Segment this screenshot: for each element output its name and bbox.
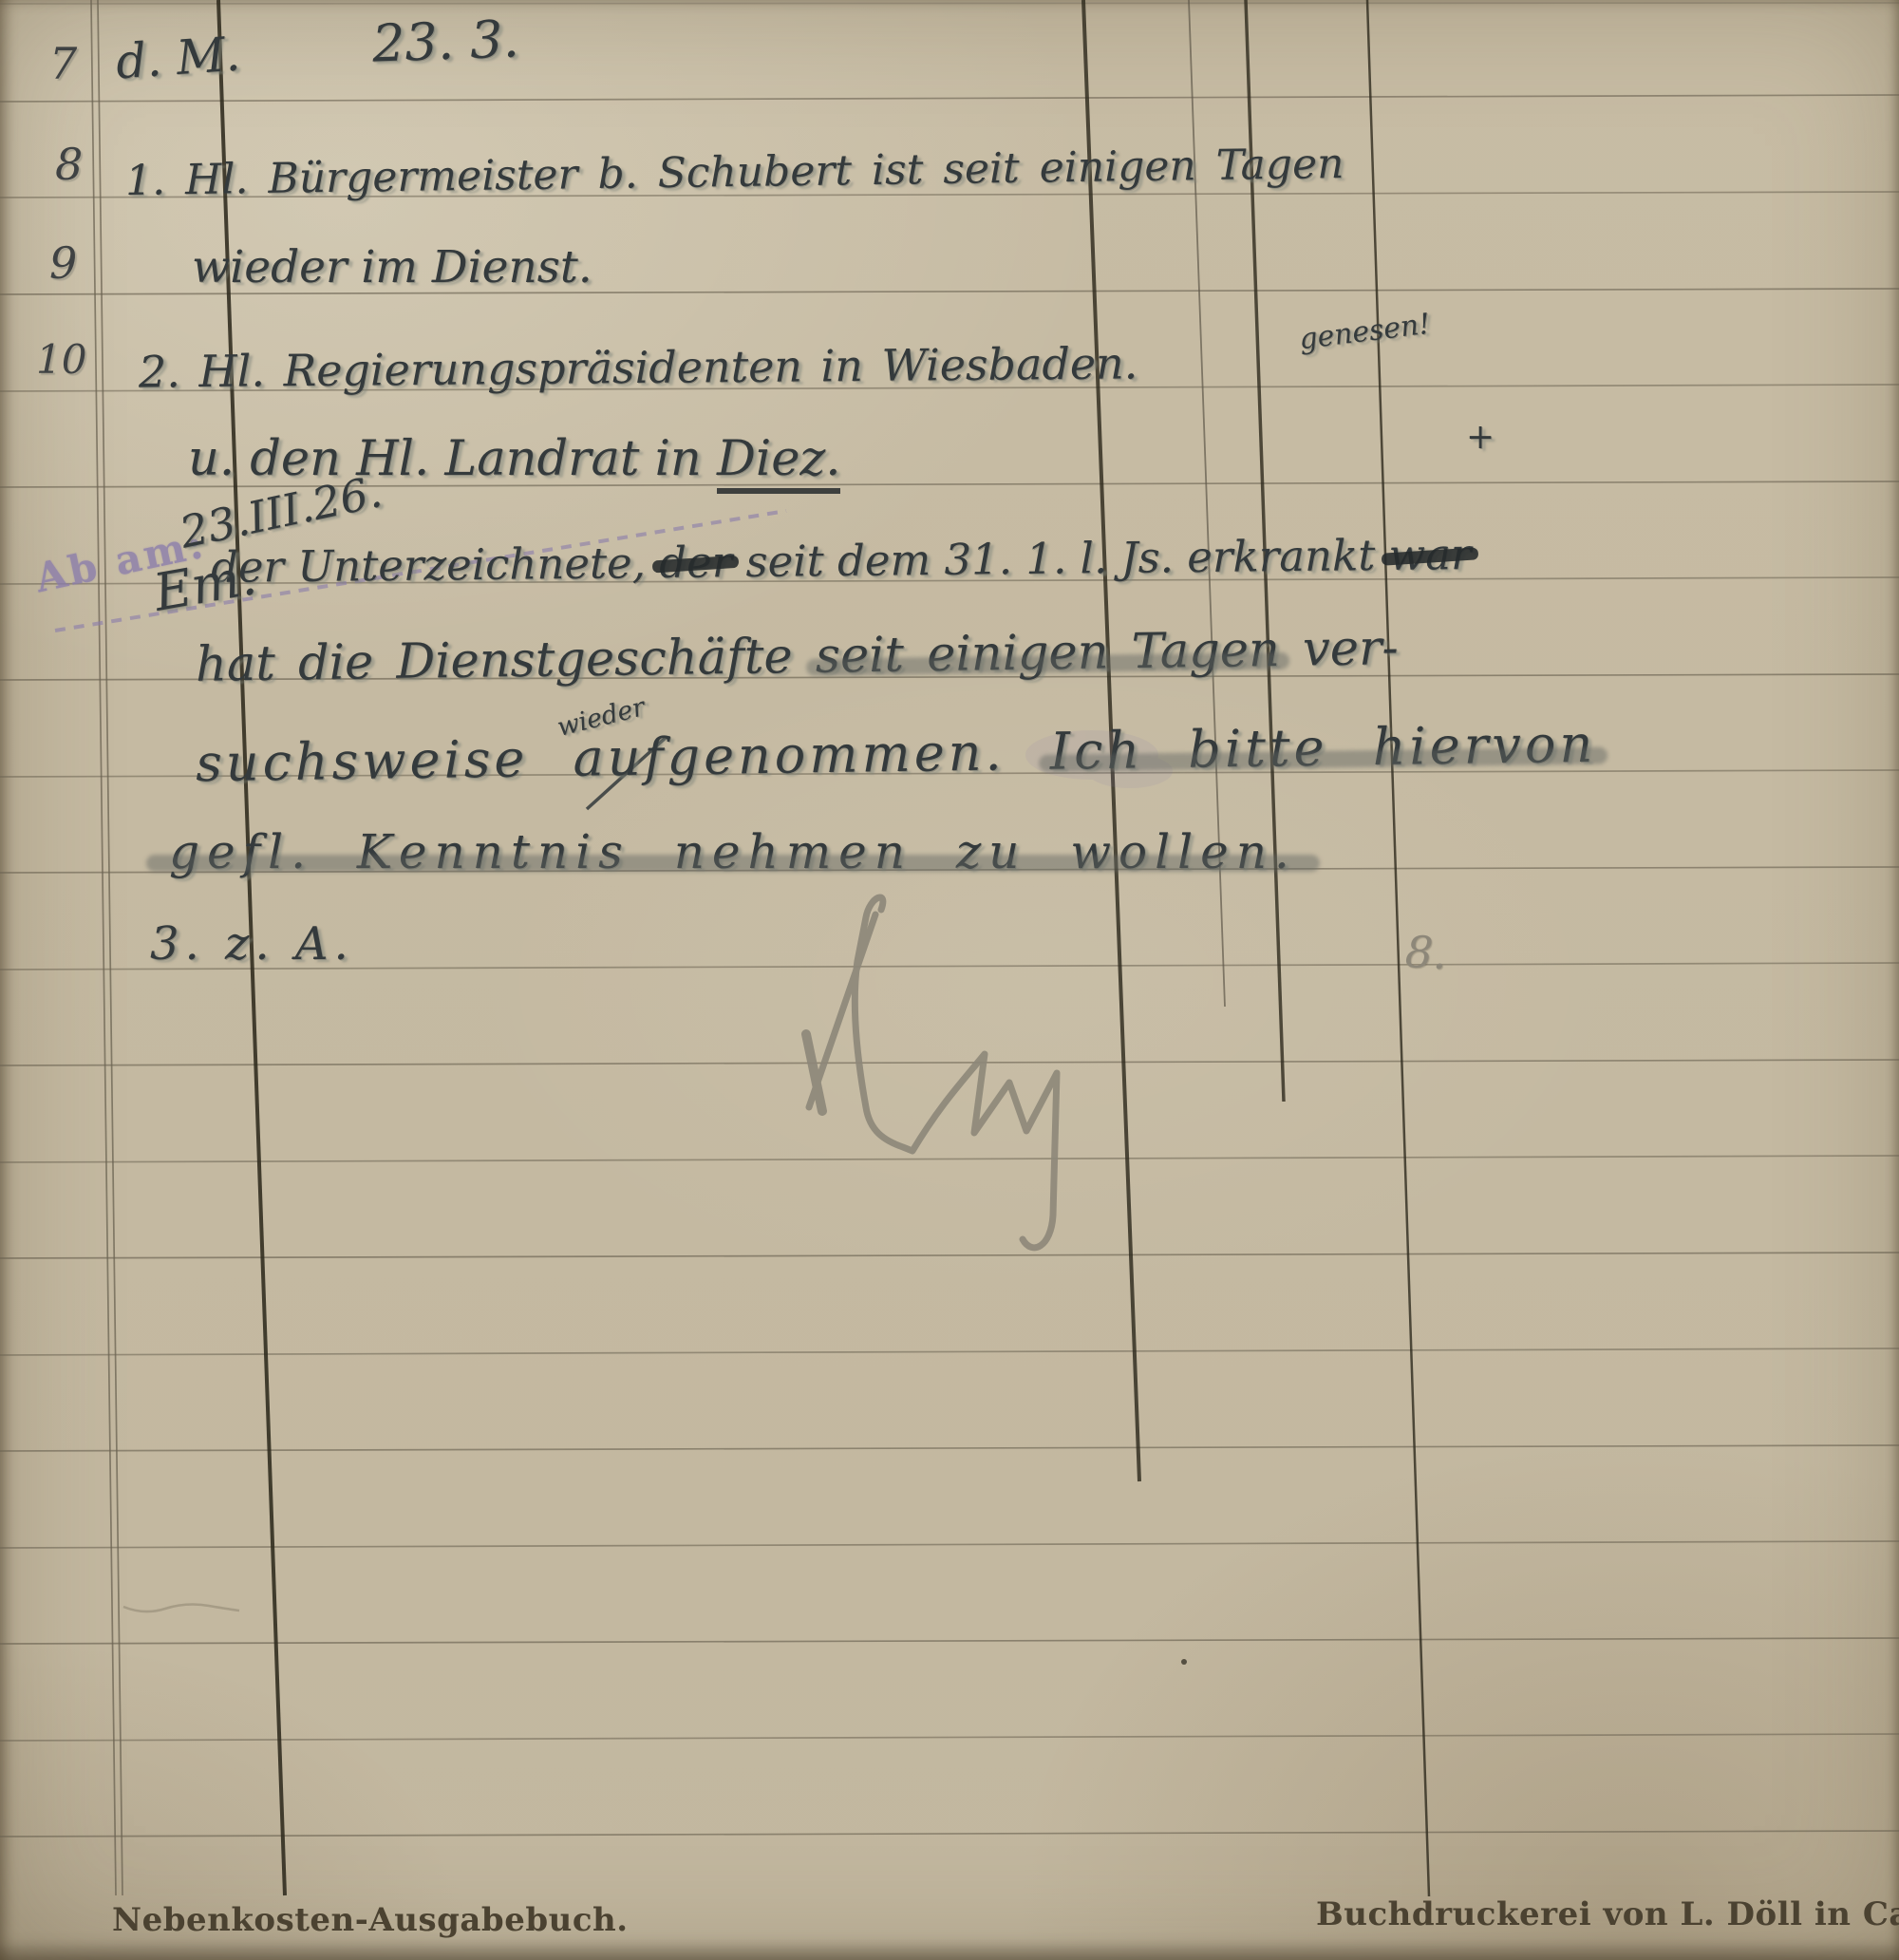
row-number: 8 bbox=[55, 139, 83, 190]
strikethrough-text: Ich bitte hiervon bbox=[1049, 714, 1596, 782]
strikethrough-text: seit einigen Tagen bbox=[815, 622, 1280, 685]
strikethrough-text: der bbox=[659, 537, 733, 588]
handwriting-segment: ver- bbox=[1279, 620, 1399, 678]
handwriting-segment: suchsweise bbox=[196, 728, 529, 793]
underlined-place-name: Diez. bbox=[717, 431, 840, 494]
handwriting-segment: seit dem 31. 1. l. Js. erkrankt bbox=[732, 530, 1389, 587]
handwriting-line: gefl. Kenntnis nehmen zu wollen. bbox=[169, 824, 1297, 879]
footer-imprint-right: Buchdruckerei von L. Döll in Cassel. bbox=[1316, 1895, 1899, 1933]
entry-date: 23. 3. bbox=[371, 9, 520, 73]
handwriting-line: u. den Hl. Landrat in Diez. bbox=[188, 431, 840, 487]
item-number-pencil: 8. bbox=[1404, 926, 1449, 979]
pencil-signature bbox=[806, 897, 1057, 1248]
ledger-page: 7 8 9 10 d. M. 23. 3. 1. Hl. Bürgermeist… bbox=[0, 0, 1899, 1960]
plus-mark: + bbox=[1466, 418, 1495, 457]
footer-imprint-left: Nebenkosten-Ausgabebuch. bbox=[112, 1901, 629, 1939]
handwriting-line: 3. z. A. bbox=[150, 917, 354, 971]
row-number: 9 bbox=[49, 237, 77, 289]
handwriting-line: 2. Hl. Regierungspräsidenten in Wiesbade… bbox=[139, 337, 1138, 397]
row-number: 7 bbox=[49, 38, 77, 89]
row-number: 10 bbox=[36, 336, 86, 383]
ruled-lines bbox=[0, 0, 1899, 1960]
handwriting-segment: u. den Hl. Landrat in bbox=[188, 431, 717, 487]
handwriting-line: wieder im Dienst. bbox=[192, 241, 592, 293]
strikethrough-text: war bbox=[1388, 529, 1471, 580]
handwriting-segment: hat die Dienstgeschäfte bbox=[196, 629, 817, 693]
handwriting-segment: der Unterzeichnete, bbox=[211, 537, 660, 593]
entry-date-abbr: d. M. bbox=[114, 27, 242, 90]
strikethrough-text: gefl. Kenntnis nehmen zu wollen. bbox=[169, 824, 1297, 879]
handwriting-segment: aufgenommen. bbox=[528, 722, 1050, 789]
